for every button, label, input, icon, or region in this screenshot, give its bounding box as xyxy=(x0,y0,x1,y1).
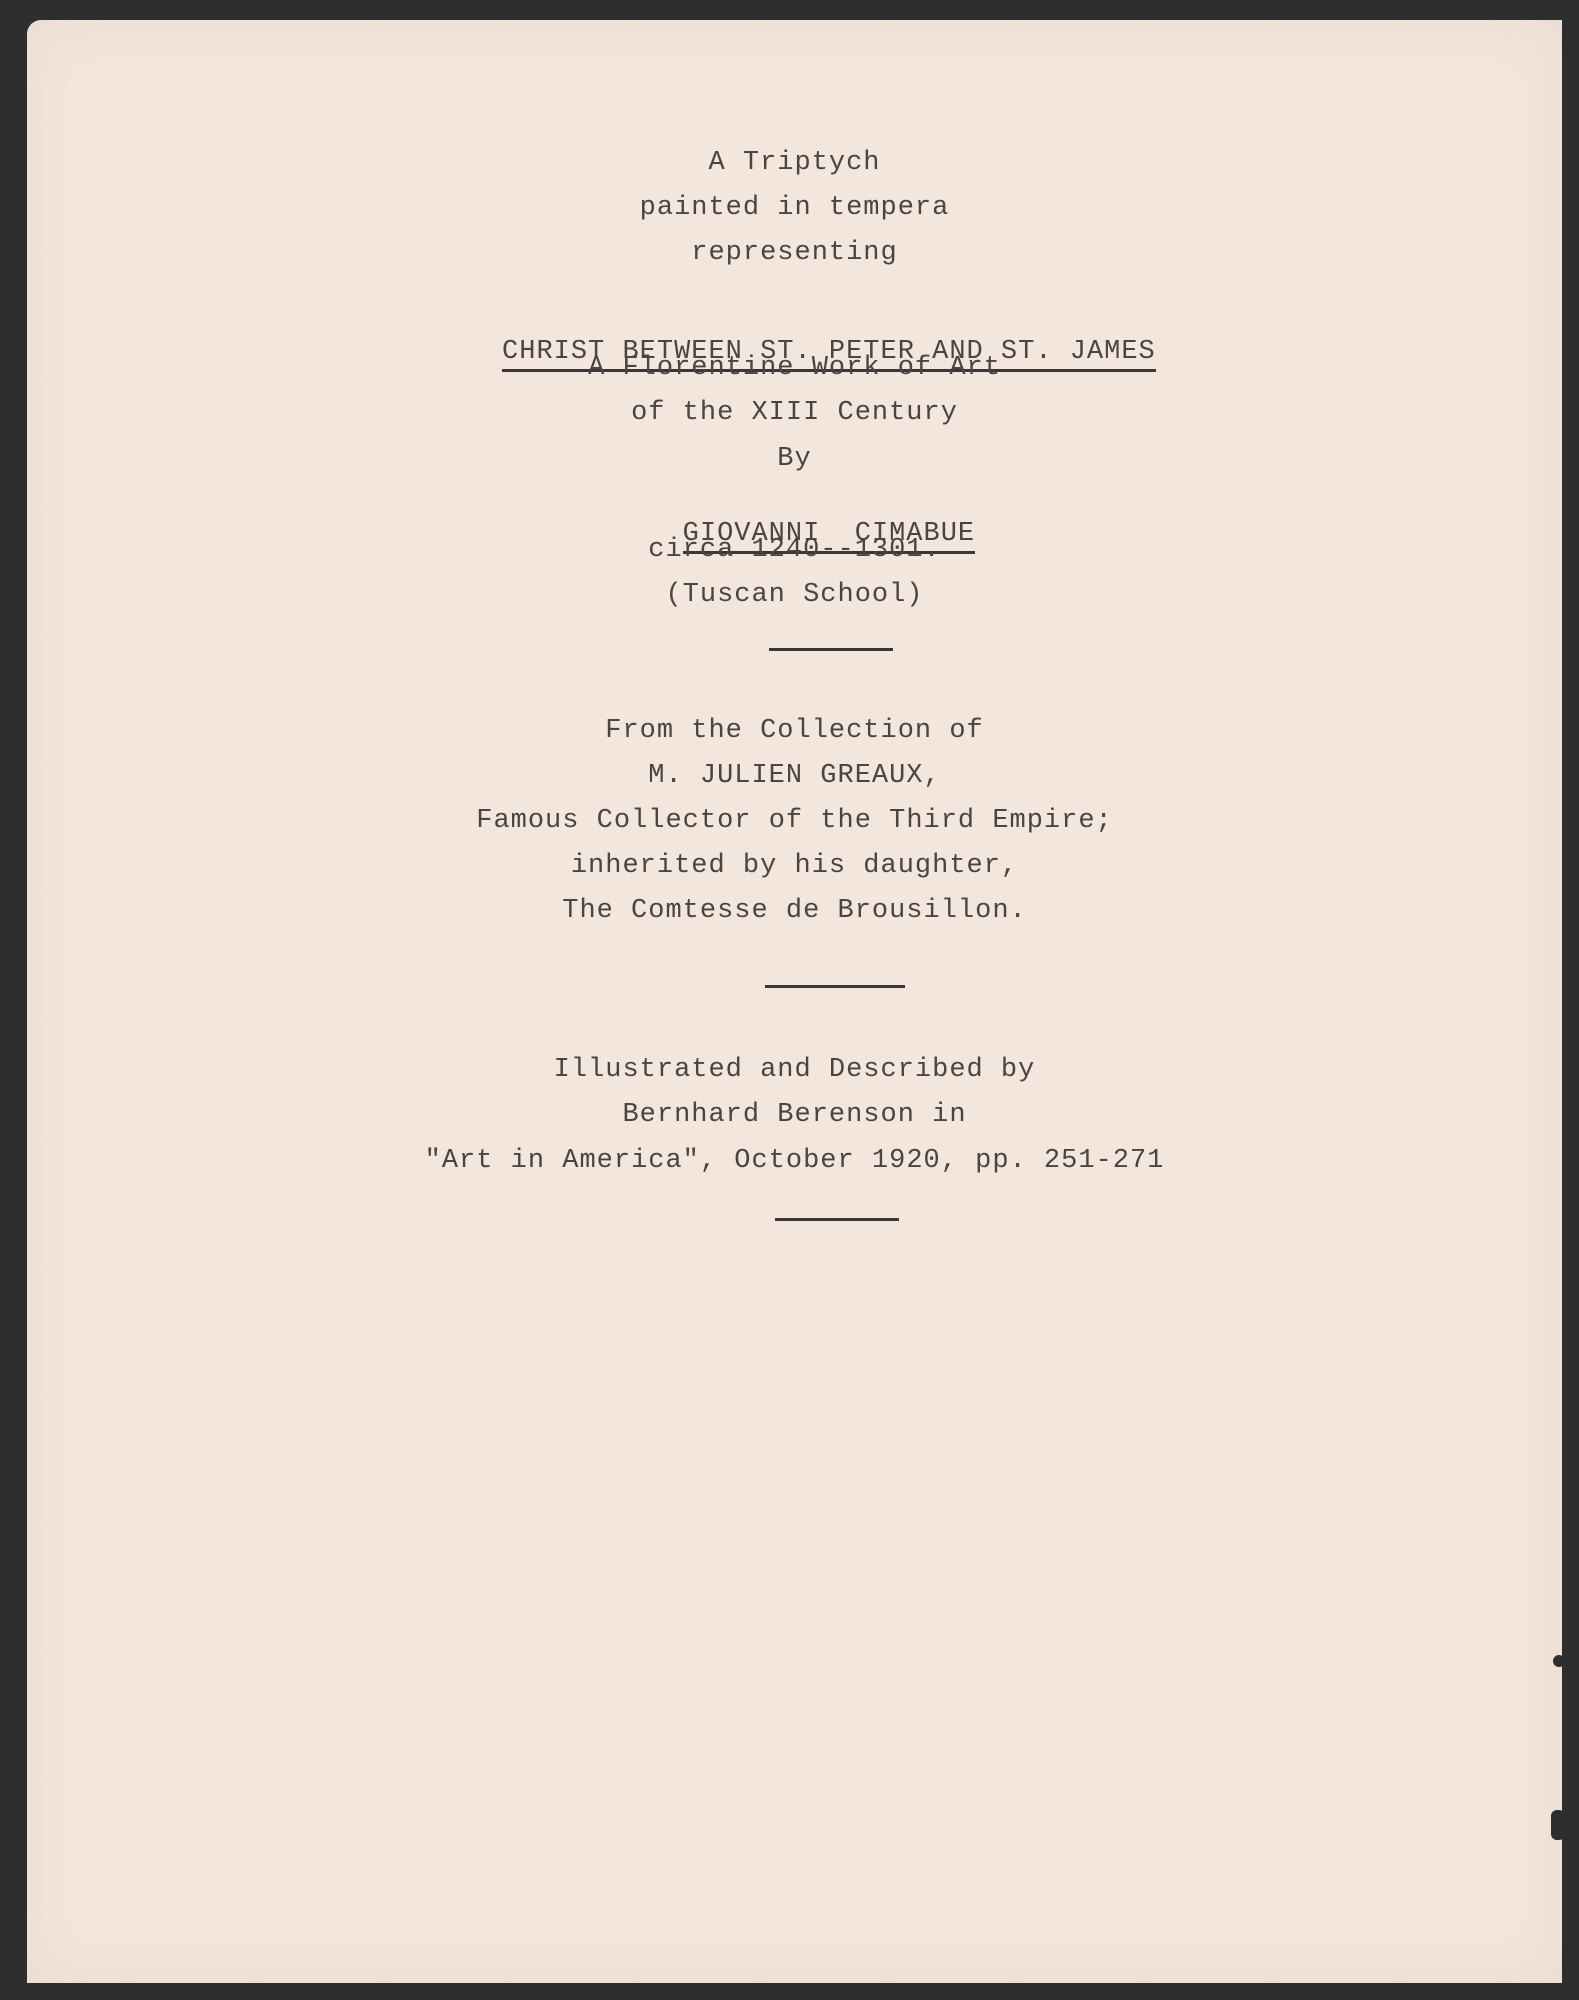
artist-name: GIOVANNI CIMABUE xyxy=(27,489,1562,579)
citation-line-2: Bernhard Berenson in xyxy=(27,1100,1562,1130)
paper-edge-tear-1 xyxy=(1553,1655,1565,1667)
divider-1 xyxy=(769,648,893,651)
heading-line-2: painted in tempera xyxy=(27,193,1562,223)
heading-line-3: representing xyxy=(27,238,1562,268)
attribution-line-2: of the XIII Century xyxy=(27,398,1562,428)
artist-school: (Tuscan School) xyxy=(27,580,1562,610)
citation-line-3: "Art in America", October 1920, pp. 251-… xyxy=(27,1146,1562,1176)
provenance-line-2: M. JULIEN GREAUX, xyxy=(27,761,1562,791)
provenance-line-5: The Comtesse de Brousillon. xyxy=(27,896,1562,926)
artist-dates: circa 1240--1301. xyxy=(27,535,1562,565)
provenance-line-3: Famous Collector of the Third Empire; xyxy=(27,806,1562,836)
paper-edge-tear-2 xyxy=(1551,1810,1565,1840)
divider-2 xyxy=(765,985,905,988)
attribution-by: By xyxy=(27,444,1562,474)
heading-line-1: A Triptych xyxy=(27,148,1562,178)
divider-3 xyxy=(775,1218,899,1221)
provenance-line-1: From the Collection of xyxy=(27,716,1562,746)
attribution-line-1: A Florentine Work of Art xyxy=(27,353,1562,383)
artwork-title: CHRIST BETWEEN ST. PETER AND ST. JAMES xyxy=(27,307,1562,397)
typewritten-page: A Triptych painted in tempera representi… xyxy=(27,20,1562,1983)
provenance-line-4: inherited by his daughter, xyxy=(27,851,1562,881)
citation-line-1: Illustrated and Described by xyxy=(27,1055,1562,1085)
